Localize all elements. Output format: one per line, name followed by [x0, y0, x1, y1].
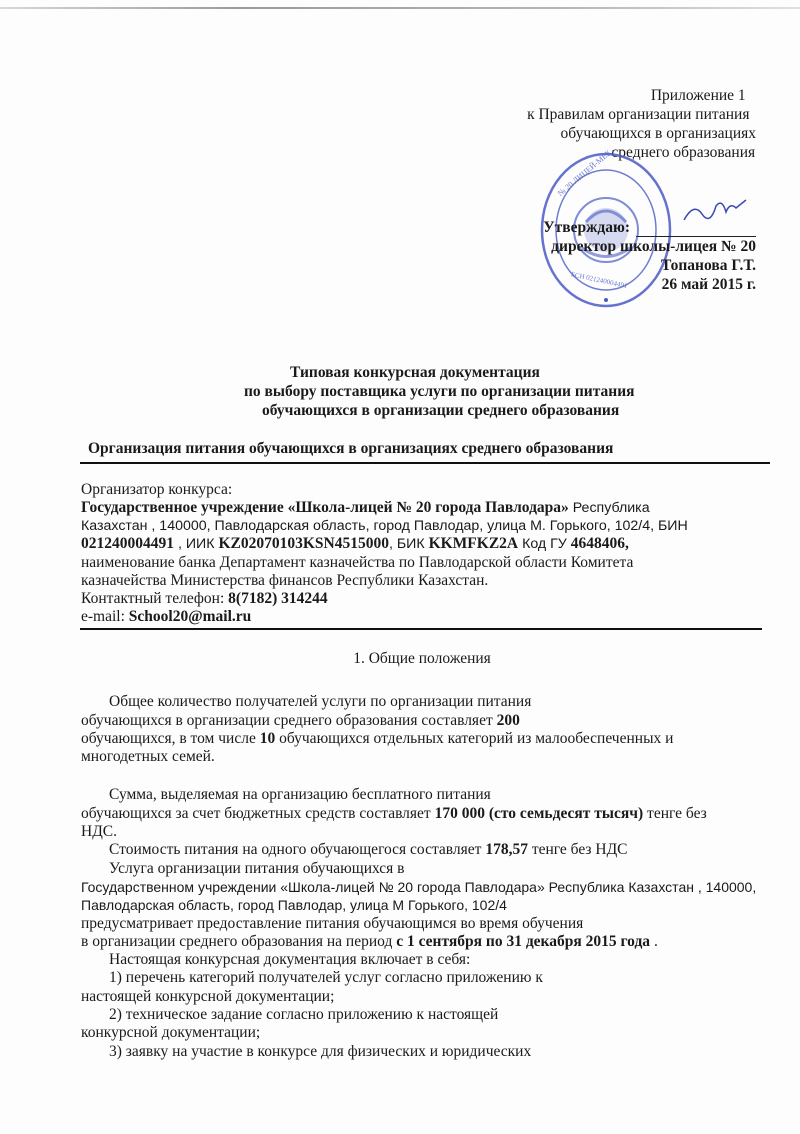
organizer-iik: KZ02070103KSN4515000: [218, 535, 389, 552]
scan-edge-line: [0, 7, 800, 9]
approver-position: директор школы-лицея № 20: [543, 237, 756, 256]
category-recipients: 10: [260, 730, 276, 747]
organizer-block: Организатор конкурса: Государственное уч…: [81, 481, 771, 625]
bank-name-cont: казначейства Министерства финансов Респу…: [81, 572, 771, 590]
title-line: обучающихся в организации среднего образ…: [262, 401, 800, 420]
signature-line: [636, 224, 756, 237]
approval-block: Утверждаю: директор школы-лицея № 20 Топ…: [543, 218, 756, 294]
section-general: 1. Общие положения Общее количество полу…: [81, 650, 781, 1061]
title-line: Типовая конкурсная документация: [290, 363, 800, 382]
appendix-line: Приложение 1: [521, 86, 756, 105]
subject-heading: Организация питания обучающихся в органи…: [80, 440, 770, 464]
organizer-label: Организатор конкурса:: [81, 481, 771, 499]
organizer-gu-code: 4648406,: [571, 535, 629, 552]
service-period: с 1 сентября по 31 декабря 2015 года: [396, 933, 650, 950]
cost-per-student: 178,57: [485, 841, 528, 858]
appendix-line: к Правилам организации питания: [521, 105, 756, 124]
contact-phone: 8(7182) 314244: [228, 590, 327, 607]
contact-email: School20@mail.ru: [129, 608, 252, 625]
document-title: Типовая конкурсная документация по выбор…: [0, 363, 800, 420]
organizer-name: Государственное учреждение «Школа-лицей …: [81, 499, 569, 516]
list-item: 2) техническое задание согласно приложен…: [81, 1006, 781, 1024]
appendix-line: обучающихся в организациях: [521, 124, 756, 143]
approval-label: Утверждаю:: [543, 219, 630, 236]
approver-name: Топанова Г.Т.: [543, 256, 756, 275]
total-recipients: 200: [497, 712, 520, 729]
list-item: 3) заявку на участие в конкурсе для физи…: [81, 1043, 781, 1061]
organizer-bik: KKMFKZ2A: [429, 535, 519, 552]
title-line: по выбору поставщика услуги по организац…: [244, 382, 800, 401]
approval-date: 26 май 2015 г.: [543, 275, 756, 294]
organizer-bin: 021240004491: [81, 535, 174, 552]
bank-name: наименование банка Департамент казначейс…: [81, 554, 771, 572]
section-heading: 1. Общие положения: [81, 650, 613, 668]
list-item: 1) перечень категорий получателей услуг …: [81, 969, 781, 987]
organizer-address: Казахстан , 140000, Павлодарская область…: [81, 518, 771, 536]
divider: [80, 628, 762, 630]
budget-sum: 170 000 (сто семьдесят тысяч): [435, 805, 644, 822]
